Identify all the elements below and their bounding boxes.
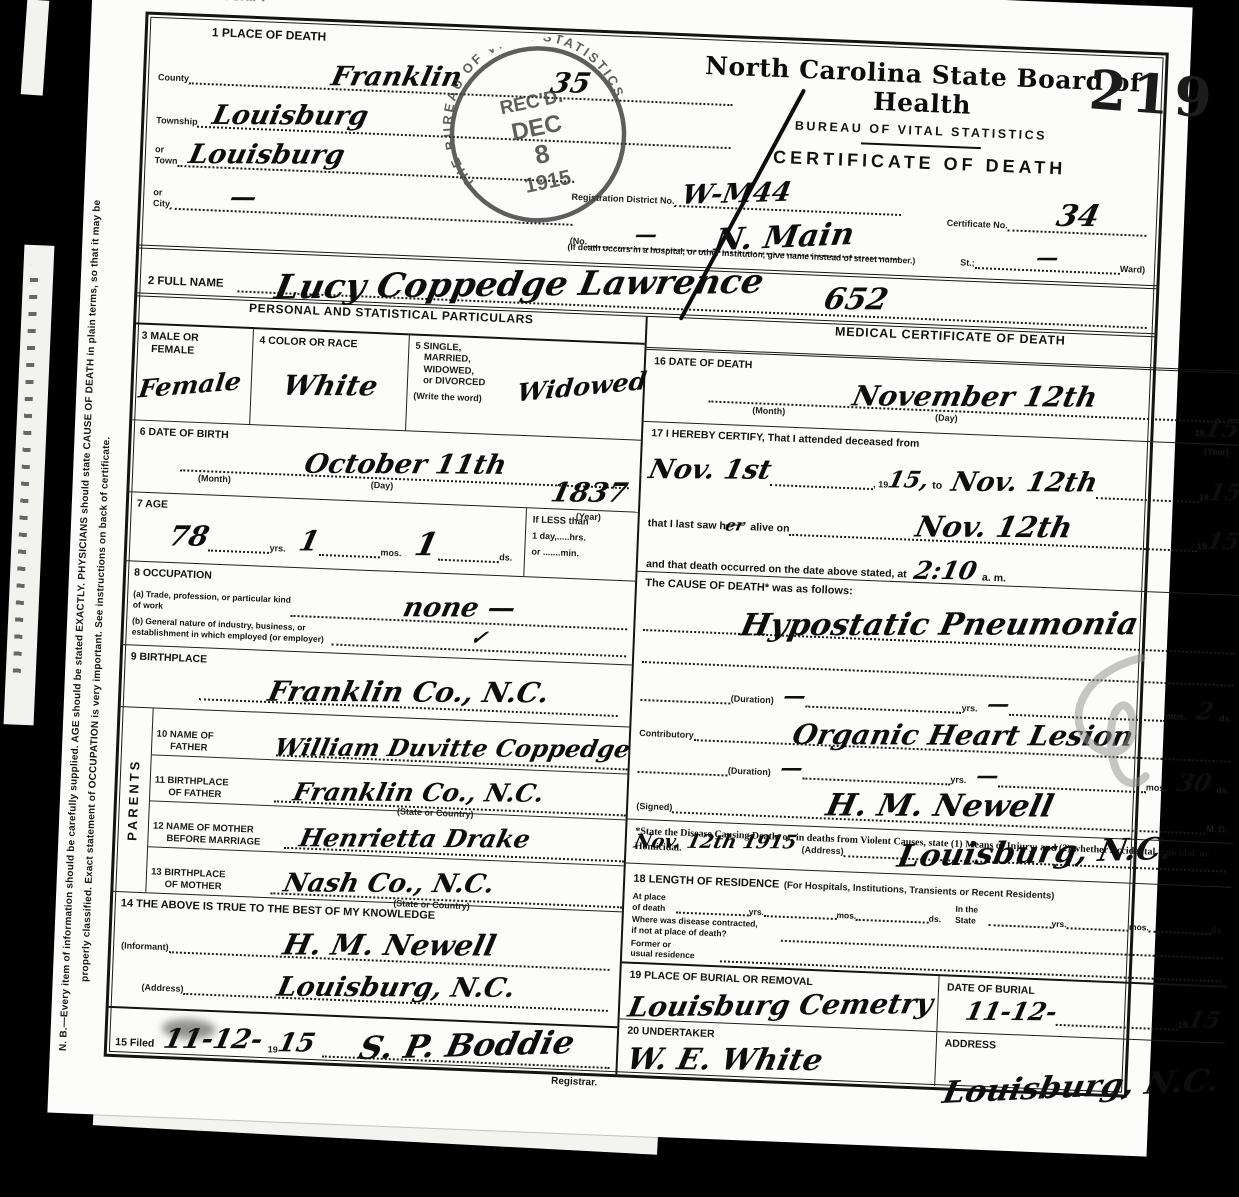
received-stamp: THE BUREAU OF VITAL STATISTICS REC'D. DE… <box>428 24 648 244</box>
to-label: to <box>932 479 942 492</box>
registration-district-value: W-M44 <box>680 179 794 209</box>
sex-cell: 3 MALE OR FEMALE Female <box>132 324 254 424</box>
burial-left-cells: 19 PLACE OF BURIAL OR REMOVAL Louisburg … <box>618 963 940 1086</box>
father-name-value: William Duvitte Coppedge <box>272 736 632 762</box>
age-years-cap: yrs. <box>269 543 285 554</box>
burial-year: 15 <box>1185 1008 1222 1031</box>
last-saw-scribble: er <box>724 517 746 533</box>
last-saw-value: Nov. 12th <box>913 512 1075 542</box>
signed-cap: (Signed) <box>636 801 672 813</box>
dob-year-cap: (Year) <box>576 511 601 522</box>
stamp-day: 8 <box>532 138 552 170</box>
no-value: — <box>632 224 659 246</box>
certify-section: 17 I HEREBY CERTIFY, That I attended dec… <box>638 422 1239 596</box>
race-label: 4 COLOR OR RACE <box>259 334 404 352</box>
informant-line: H. M. Newell <box>168 922 611 971</box>
signed-value: H. M. Newell <box>823 791 1056 823</box>
ward-caption: Ward) <box>1120 264 1146 276</box>
header-rule <box>860 142 980 149</box>
state-cap: State <box>955 914 989 926</box>
res-yrs-cap-1: yrs. <box>749 906 765 917</box>
undertaker-address-value: Louisburg, N.C. <box>940 1065 1222 1108</box>
city-caption-or: or <box>153 187 170 198</box>
dob-value: October 11th <box>302 450 509 478</box>
personal-column: PERSONAL AND STATISTICAL PARTICULARS 3 M… <box>107 296 648 1074</box>
town-value: Louisburg <box>186 141 347 169</box>
res-ds-cap-1: ds. <box>929 913 942 924</box>
res-mos-cap-1: mos. <box>836 910 856 921</box>
dod-day-cap: (Day) <box>935 412 958 424</box>
informant-address-line: Louisburg, N.C. <box>183 966 609 1012</box>
county-caption: County <box>158 72 189 84</box>
town-caption: Town <box>154 155 177 167</box>
duration1-years-cap: yrs. <box>961 703 977 714</box>
duration2-years-cap: yrs. <box>950 775 966 786</box>
mother-birthplace-value: Nash Co., N.C. <box>281 871 497 898</box>
cause-value: Hypostatic Pneumonia <box>738 610 1141 642</box>
undertaker-address-cell: ADDRESS Louisburg, N.C. <box>935 1032 1225 1100</box>
race-value: White <box>280 372 380 400</box>
at-place-cap-2: of death <box>632 901 676 913</box>
medical-column: MEDICAL CERTIFICATE OF DEATH 16 DATE OF … <box>618 317 1239 1099</box>
dod-value: November 12th <box>850 382 1100 411</box>
certificate-no-line: 34 <box>1008 199 1148 237</box>
township-value: Louisburg <box>210 102 371 130</box>
race-cell: 4 COLOR OR RACE White <box>250 329 410 430</box>
place-of-death-label: 1 PLACE OF DEATH <box>212 25 327 44</box>
duration2-years: — <box>779 757 806 779</box>
certificate-no-value: 34 <box>1053 202 1102 232</box>
res-mos-cap-2: mos. <box>1129 921 1149 932</box>
dob-month-cap: (Month) <box>198 473 231 485</box>
sex-label-2: FEMALE <box>151 343 248 359</box>
last-saw-label: that I last saw h <box>647 517 726 533</box>
informant-value: H. M. Newell <box>281 931 499 961</box>
cause-of-death-section: The CAUSE OF DEATH* was as follows: Hypo… <box>628 572 1239 844</box>
physician-address-cap: (Address) <box>801 845 843 857</box>
certificate-no-caption: Certificate No. <box>947 218 1008 231</box>
occupation-b-value: ✓ <box>469 627 490 647</box>
parents-rows: 10 NAME OF FATHER William Duvitte Copped… <box>146 708 629 911</box>
occupation-a-value: none — <box>401 594 519 621</box>
duration2-cap: (Duration) <box>728 766 771 779</box>
registrar-caption: Registrar. <box>551 1076 598 1089</box>
physician-address-line: Louisburg, N.C. <box>843 824 1227 872</box>
st-line: — <box>974 244 1120 275</box>
undertaker-value: W. E. White <box>624 1045 825 1076</box>
filed-date: 11-12- <box>161 1026 265 1053</box>
dod-year: 15 <box>1202 416 1239 441</box>
duration2-months: — <box>974 765 1001 787</box>
residence-label: 18 LENGTH OF RESIDENCE <box>633 873 779 891</box>
dod-month-cap: (Month) <box>752 405 785 417</box>
duration2-days: 30 <box>1174 771 1213 795</box>
father-birthplace-value: Franklin Co., N.C. <box>291 780 547 806</box>
parents-section: PARENTS 10 NAME OF FATHER William Duvitt… <box>113 707 629 912</box>
city-caption: City <box>153 198 170 209</box>
filed-year: 15 <box>275 1030 317 1056</box>
street-ward-field: St.; — Ward) <box>960 243 1146 275</box>
full-name-label: 2 FULL NAME <box>148 275 224 292</box>
dob-day-cap: (Day) <box>371 480 394 492</box>
duration1-days-cap: ds. <box>1219 714 1232 725</box>
md-label: M. D. <box>1206 824 1228 836</box>
am-pm-label: a. m. <box>982 572 1006 586</box>
place-of-death-and-header-row: 1 PLACE OF DEATH County Franklin 35 Town… <box>139 15 1166 290</box>
last-saw-line: Nov. 12th <box>789 504 1198 551</box>
duration2-days-cap: ds. <box>1216 786 1229 797</box>
informant-cap: (Informant) <box>121 941 169 954</box>
physician-address-value: Louisburg, N.C. <box>894 834 1174 873</box>
board-title: North Carolina State Board of Health <box>690 50 1155 127</box>
undertaker-address-label: ADDRESS <box>944 1037 1218 1061</box>
registrar-signature: S. P. Boddie <box>356 1026 578 1064</box>
board-header: North Carolina State Board of Health BUR… <box>688 50 1155 182</box>
age-less-line1: 1 day,.....hrs. <box>532 531 633 546</box>
duration1-months: — <box>985 694 1012 716</box>
attended-from-year: 15, <box>886 468 931 491</box>
paper-sliver-top <box>21 0 50 96</box>
registrar-signature-line: S. P. Boddie <box>322 1023 611 1069</box>
township-caption: Township <box>156 115 198 127</box>
duration1-cap: (Duration) <box>730 694 773 707</box>
certificate-columns: PERSONAL AND STATISTICAL PARTICULARS 3 M… <box>107 296 1155 1094</box>
res-ds-cap-2: ds. <box>1211 925 1224 936</box>
age-years: 78 <box>166 522 211 550</box>
burial-place-value: Louisburg Cemetry <box>626 990 936 1021</box>
death-time-value: 2:10 <box>912 558 979 583</box>
attended-from-value: Nov. 1st <box>647 456 775 483</box>
age-days-cap: ds. <box>499 552 512 563</box>
duration1-days: 2 <box>1194 700 1216 724</box>
burial-undertaker-section: 19 PLACE OF BURIAL OR REMOVAL Louisburg … <box>618 963 1228 1097</box>
age-days: 1 <box>412 528 441 560</box>
filed-label: 15 Filed <box>115 1037 155 1051</box>
signed-date-value: Nov. 12th 1915 <box>632 833 798 853</box>
city-value: — <box>227 185 259 211</box>
contributory-label: Contributory <box>639 728 694 741</box>
in-the-cap: In the <box>955 904 989 916</box>
age-months: 1 <box>297 527 323 555</box>
parents-label: PARENTS <box>124 758 142 841</box>
full-name-number: 652 <box>821 285 891 315</box>
duration1-years: — <box>781 685 808 707</box>
death-certificate-sheet: N. B.—Every item of information should b… <box>47 0 1192 1157</box>
age-less-line2: or .......min. <box>531 547 632 562</box>
burial-date-value: 11-12- <box>963 999 1059 1024</box>
st-value: — <box>1034 247 1061 269</box>
paper-sliver-text-fragments <box>12 265 38 685</box>
last-saw-year: 15 <box>1205 530 1239 553</box>
informant-address-value: Louisburg, N.C. <box>275 974 518 1002</box>
st-caption: St.; <box>960 258 975 269</box>
age-months-cap: mos. <box>380 547 401 559</box>
stamp-year: 1915 <box>523 166 574 198</box>
paper-sliver-left <box>4 245 55 726</box>
former-cap-2: usual residence <box>630 948 720 962</box>
occupation-a-label: (a) Trade, profession, or particular kin… <box>133 589 292 617</box>
informant-section: 14 THE ABOVE IS TRUE TO THE BEST OF MY K… <box>109 892 622 1028</box>
mother-name-value: Henrietta Drake <box>297 825 533 851</box>
birthplace-value: Franklin Co., N.C. <box>266 678 552 707</box>
dob-year-value: 1837 <box>549 479 631 506</box>
sex-value: Female <box>137 369 243 402</box>
registration-district-line: W-M44 <box>674 178 902 216</box>
attended-to-value: Nov. 12th <box>949 468 1100 496</box>
burial-right-cells: DATE OF BURIAL 11-12- 19 15 ADDRESS Loui… <box>935 976 1227 1097</box>
informant-address-cap: (Address) <box>141 983 183 995</box>
form-number: B. V. S.—Form 7 <box>168 0 268 4</box>
alive-on-label: alive on <box>750 521 790 535</box>
certificate-no-field: Certificate No. 34 <box>947 197 1148 237</box>
attended-to-year: 15 <box>1207 481 1239 504</box>
pencil-squiggle <box>1041 644 1177 799</box>
res-yrs-cap-2: yrs. <box>1051 918 1067 929</box>
occupation-b-label: (b) General nature of industry, business… <box>132 616 333 645</box>
marital-cell: 5 SINGLE, MARRIED, WIDOWED, or DIVORCED … <box>406 335 645 439</box>
